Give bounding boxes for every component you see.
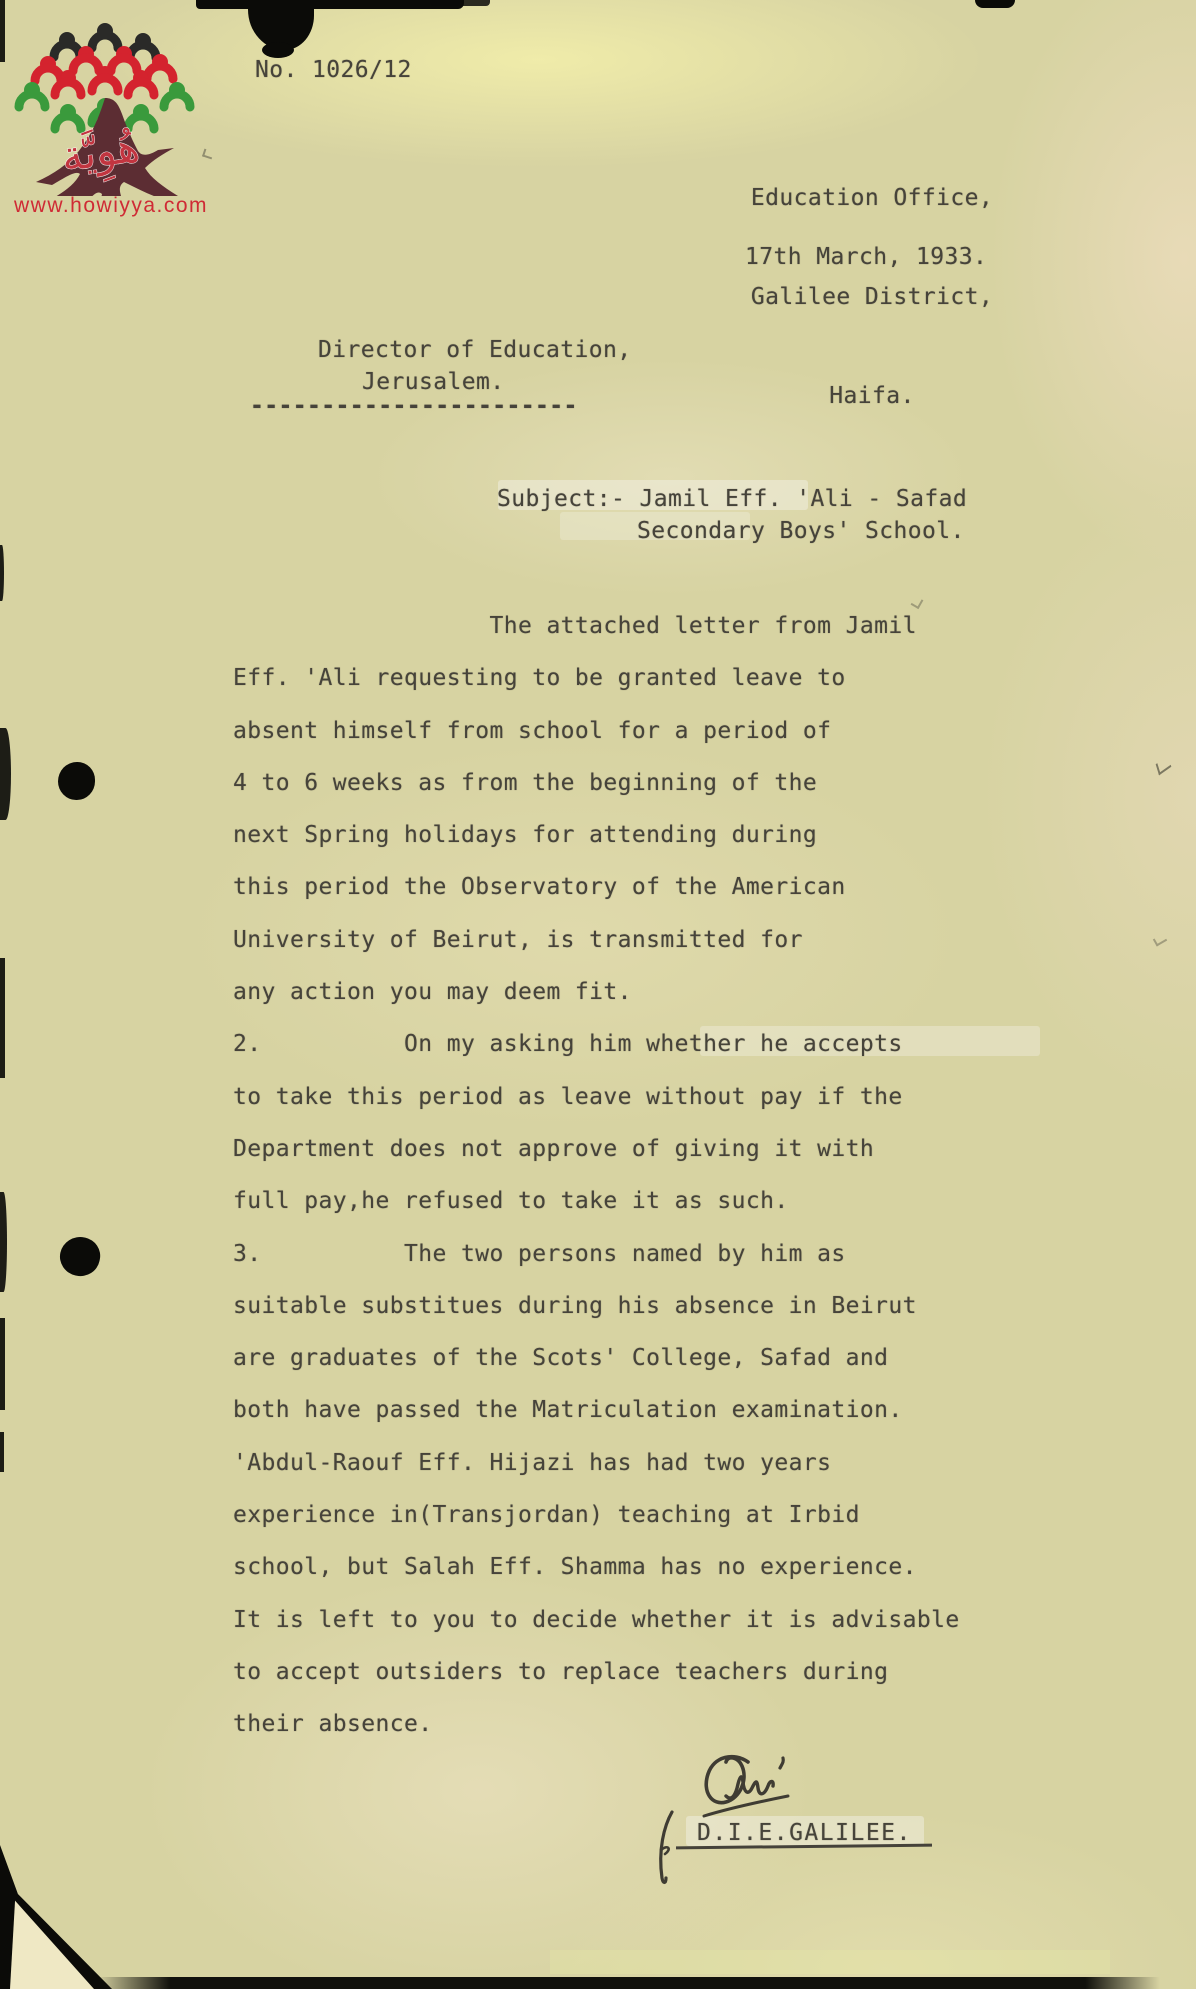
- scan-edge-left: [0, 0, 5, 62]
- body-line: next Spring holidays for attending durin…: [233, 809, 1093, 861]
- scan-edge-top: [196, 0, 464, 9]
- howiyya-logo tree-icon: هُوِيَّة: [10, 14, 202, 196]
- body-line: suitable substitues during his absence i…: [233, 1280, 1093, 1332]
- body-line: 2. On my asking him whether he accepts: [233, 1018, 1093, 1070]
- body-line: their absence.: [233, 1698, 1093, 1750]
- letter-body: The attached letter from Jamil Eff. 'Ali…: [233, 600, 1093, 1751]
- subject-line-2: Secondary Boys' School.: [637, 517, 965, 545]
- scanned-letter-page: { "watermark": { "url": "www.howiyya.com…: [0, 0, 1196, 1989]
- body-line: school, but Salah Eff. Shamma has no exp…: [233, 1541, 1093, 1593]
- scan-edge-left: [0, 728, 11, 820]
- scan-edge-left: [0, 545, 4, 601]
- body-line: Eff. 'Ali requesting to be granted leave…: [233, 652, 1093, 704]
- scan-edge-left: [0, 1432, 4, 1472]
- office-line-1: Education Office,: [742, 182, 1002, 215]
- body-line: absent himself from school for a period …: [233, 705, 1093, 757]
- office-address: Education Office, Galilee District, Haif…: [742, 116, 1002, 446]
- body-line: are graduates of the Scots' College, Saf…: [233, 1332, 1093, 1384]
- body-line: experience in(Transjordan) teaching at I…: [233, 1489, 1093, 1541]
- addressee-rule: -----------------------: [250, 392, 578, 420]
- scan-edge-bottom: [96, 1977, 1160, 1989]
- body-line: 'Abdul-Raouf Eff. Hijazi has had two yea…: [233, 1437, 1093, 1489]
- body-line: any action you may deem fit.: [233, 966, 1093, 1018]
- scan-edge-left: [0, 1318, 5, 1410]
- subject-line-1: Subject:- Jamil Eff. 'Ali - Safad: [497, 485, 967, 513]
- letter-date: 17th March, 1933.: [745, 243, 987, 271]
- office-line-3: Haifa.: [742, 380, 1002, 413]
- scan-tone-band: [550, 1950, 1110, 1974]
- body-line: to accept outsiders to replace teachers …: [233, 1646, 1093, 1698]
- addressee-line-1: Director of Education,: [318, 336, 631, 364]
- typed-signature-name: D.I.E.GALILEE.: [697, 1819, 912, 1847]
- body-line: 4 to 6 weeks as from the beginning of th…: [233, 757, 1093, 809]
- body-line: this period the Observatory of the Ameri…: [233, 861, 1093, 913]
- body-line: Department does not approve of giving it…: [233, 1123, 1093, 1175]
- body-line: full pay,he refused to take it as such.: [233, 1175, 1093, 1227]
- office-line-2: Galilee District,: [742, 281, 1002, 314]
- body-line: 3. The two persons named by him as: [233, 1228, 1093, 1280]
- ref-number: No. 1026/12: [255, 56, 412, 84]
- body-line: both have passed the Matriculation exami…: [233, 1384, 1093, 1436]
- body-line: to take this period as leave without pay…: [233, 1071, 1093, 1123]
- scan-edge-left: [0, 958, 5, 1078]
- punch-hole: [58, 762, 95, 800]
- body-line: It is left to you to decide whether it i…: [233, 1594, 1093, 1646]
- body-line: University of Beirut, is transmitted for: [233, 914, 1093, 966]
- scan-blob-top: [262, 42, 294, 58]
- body-line: The attached letter from Jamil: [233, 600, 1093, 652]
- scan-edge-top-right: [975, 0, 1015, 8]
- watermark-url: www.howiyya.com: [14, 194, 214, 218]
- scan-edge-left: [0, 1192, 7, 1292]
- scan-edge-top: [430, 0, 490, 6]
